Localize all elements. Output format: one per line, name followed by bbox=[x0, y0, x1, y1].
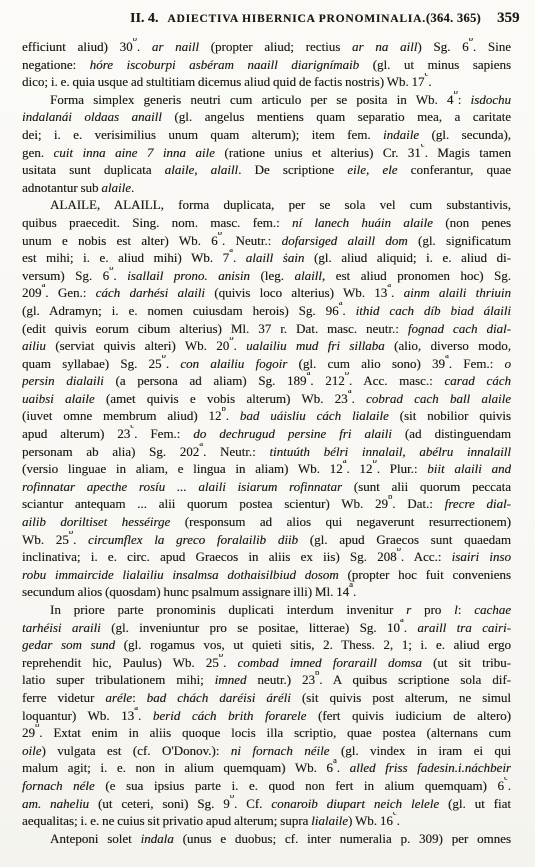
text-line: am. naheliu (ut ceteri, soni) Sg. 9b. Cf… bbox=[22, 795, 511, 813]
page-body: efficiunt aliud) 30b. ar naill (propter … bbox=[22, 38, 511, 847]
text-line: secundum alios (quosdam) hunc psalmum as… bbox=[22, 583, 511, 601]
column-reference: (364. 365) bbox=[426, 11, 481, 26]
page-header: II. 4. ADIECTIVA HIBERNICA PRONOMINALIA.… bbox=[22, 10, 511, 27]
page-title: ADIECTIVA HIBERNICA PRONOMINALIA. bbox=[167, 13, 425, 25]
text-line: quam syllabae) Sg. 25b. con alailiu fogo… bbox=[22, 355, 511, 373]
text-line: 29b. Extat enim in aliis quoque locis il… bbox=[22, 724, 511, 742]
text-line: tarhéisi araili (gl. inveniuntur pro se … bbox=[22, 619, 511, 637]
text-line: personam ab alia) Sg. 202a. Neutr.: tint… bbox=[22, 443, 511, 461]
text-line: rofinnatar apecthe rosíu ... alaili isia… bbox=[22, 478, 511, 496]
text-line: efficiunt aliud) 30b. ar naill (propter … bbox=[22, 38, 511, 56]
text-line: dei; i. e. verisimilius unum quam alteru… bbox=[22, 126, 511, 144]
text-line: dico; i. e. quia usque ad stultitiam dic… bbox=[22, 73, 511, 91]
text-line: (versio linguae in aliam, e lingua in al… bbox=[22, 460, 511, 478]
text-line: persin dialaili (a persona ad aliam) Sg.… bbox=[22, 372, 511, 390]
text-line: In priore parte pronominis duplicati int… bbox=[22, 601, 511, 619]
text-line: est mihi; i. e. aliud mihi) Wb. 7a. alai… bbox=[22, 249, 511, 267]
text-line: reprehendit hic, Paulus) Wb. 25b. combad… bbox=[22, 654, 511, 672]
text-line: versum) Sg. 6b. isallail prono. anisin (… bbox=[22, 267, 511, 285]
text-line: Forma simplex generis neutri cum articul… bbox=[22, 91, 511, 109]
text-line: Wb. 25b. circumflex la greco foralailib … bbox=[22, 531, 511, 549]
text-line: ailiu (serviat quivis alteri) Wb. 20b. u… bbox=[22, 337, 511, 355]
text-line: indalanái oldaas anaill (gl. angelus men… bbox=[22, 108, 511, 126]
text-line: ailib doriltiset hesséirge (responsum ad… bbox=[22, 513, 511, 531]
text-line: fornach néle (e sua ipsius parte i. e. q… bbox=[22, 777, 511, 795]
text-line: (iuvet omne membrum aliud) 12b. bad uáis… bbox=[22, 407, 511, 425]
text-line: ferre videtur aréle: bad chách daréisi á… bbox=[22, 689, 511, 707]
text-line: gedar som sund (gl. rogamus vos, ut quie… bbox=[22, 636, 511, 654]
text-line: robu immaircide lialailiu insalmsa dotha… bbox=[22, 566, 511, 584]
text-line: latio super tribulationem mihi; imned ne… bbox=[22, 671, 511, 689]
text-line: sciantur antequam ... alii quorum postea… bbox=[22, 495, 511, 513]
page-number: 359 bbox=[497, 10, 520, 27]
text-line: Anteponi solet indala (unus e duobus; cf… bbox=[22, 830, 511, 848]
section-number: II. 4. bbox=[130, 11, 158, 27]
text-line: unum e nobis est alter) Wb. 6b. Neutr.: … bbox=[22, 232, 511, 250]
text-line: 209a. Gen.: cách darhési alaili (quivis … bbox=[22, 284, 511, 302]
text-line: apud alterum) 23c. Fem.: do dechrugud pe… bbox=[22, 425, 511, 443]
text-line: oile) vulgata est (cf. O'Donov.): ni for… bbox=[22, 742, 511, 760]
text-line: (gl. Adramyn; i. e. nomen cuiusdam heroi… bbox=[22, 302, 511, 320]
text-line: quibus praecedit. Sing. nom. masc. fem.:… bbox=[22, 214, 511, 232]
text-line: usitata sunt duplicata alaile, alaill. D… bbox=[22, 161, 511, 179]
text-line: (edit quivis eorum cibum alterius) Ml. 3… bbox=[22, 320, 511, 338]
text-line: negatione: hóre iscoburpi asbéram naaill… bbox=[22, 56, 511, 74]
text-line: uaibsi alaile (amet quivis e vobis alter… bbox=[22, 390, 511, 408]
book-page: II. 4. ADIECTIVA HIBERNICA PRONOMINALIA.… bbox=[0, 0, 535, 867]
text-line: inclinativa; i. e. circ. apud Graecos in… bbox=[22, 548, 511, 566]
text-line: adnotantur sub alaile. bbox=[22, 179, 511, 197]
text-line: malum agit; i. e. non in alium quemquam)… bbox=[22, 759, 511, 777]
text-line: aequalitas; i. e. ne cuius sit privatio … bbox=[22, 812, 511, 830]
text-line: ALAILE, ALAILL, forma duplicata, per se … bbox=[22, 196, 511, 214]
text-line: loquantur) Wb. 13a. berid cách brith for… bbox=[22, 707, 511, 725]
text-line: gen. cuit inna aine 7 inna aile (ratione… bbox=[22, 144, 511, 162]
